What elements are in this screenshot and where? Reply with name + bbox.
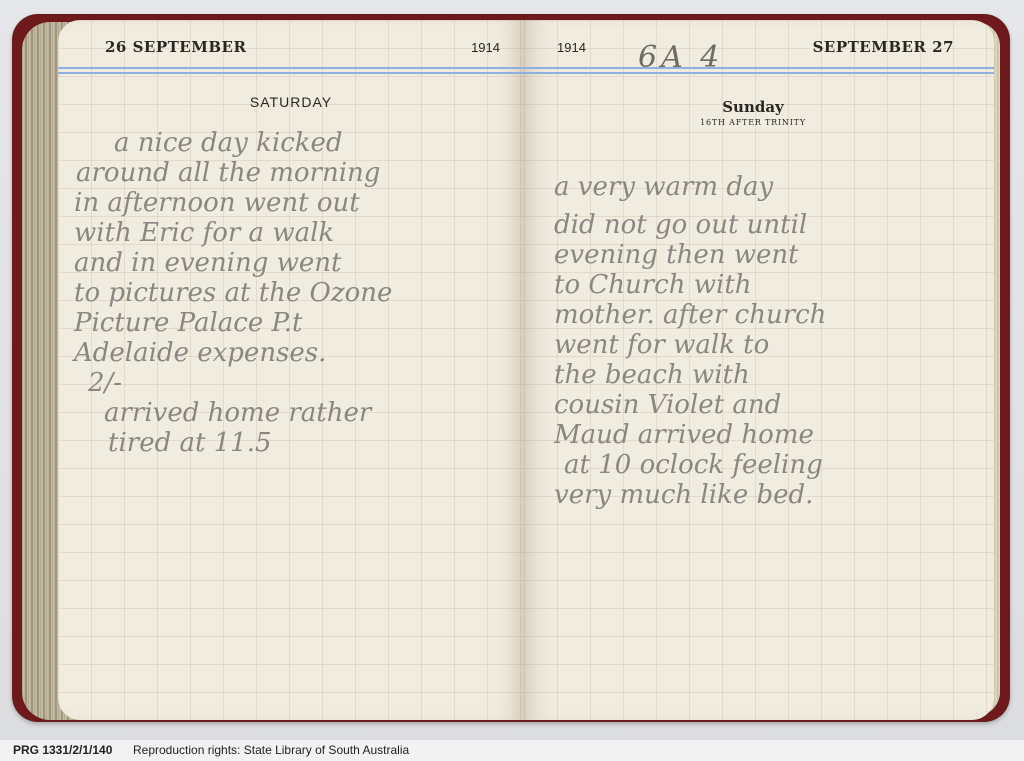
entry-line: at 10 oclock feeling (554, 450, 994, 480)
entry-line: a very warm day (554, 172, 994, 210)
entry-line: evening then went (554, 240, 994, 270)
entry-line: 2/- (74, 368, 524, 398)
right-date-header: SEPTEMBER 27 (813, 38, 954, 56)
entry-line: Picture Palace P.t (74, 308, 524, 338)
entry-line: tired at 11.5 (74, 428, 524, 458)
reproduction-rights: Reproduction rights: State Library of So… (133, 740, 409, 761)
left-day-name: SATURDAY (58, 94, 524, 110)
entry-line: cousin Violet and (554, 390, 994, 420)
entry-line: arrived home rather (74, 398, 524, 428)
right-page: 1914 6A 4 SEPTEMBER 27 Sunday 16TH AFTER… (524, 20, 994, 720)
entry-line: with Eric for a walk (74, 218, 524, 248)
catalog-reference: PRG 1331/2/1/140 (13, 740, 112, 761)
right-entry: a very warm day did not go out until eve… (554, 172, 994, 510)
blue-rule-left (58, 67, 524, 74)
blue-rule-right (524, 67, 994, 74)
entry-line: to Church with (554, 270, 994, 300)
entry-line: Adelaide expenses. (74, 338, 524, 368)
entry-line: around all the morning (74, 158, 524, 188)
left-page: 26 SEPTEMBER 1914 SATURDAY a nice day ki… (58, 20, 524, 720)
left-year: 1914 (471, 40, 500, 55)
entry-line: a nice day kicked (74, 128, 524, 158)
right-day-name: Sunday (518, 98, 988, 116)
entry-line: and in evening went (74, 248, 524, 278)
scan-area: 26 SEPTEMBER 1914 SATURDAY a nice day ki… (0, 0, 1024, 740)
left-date-header: 26 SEPTEMBER (105, 38, 246, 56)
entry-line: Maud arrived home (554, 420, 994, 450)
entry-line: did not go out until (554, 210, 994, 240)
entry-line: mother. after church (554, 300, 994, 330)
right-year: 1914 (557, 40, 586, 55)
caption-bar: PRG 1331/2/1/140 Reproduction rights: St… (0, 740, 1024, 761)
entry-line: to pictures at the Ozone (74, 278, 524, 308)
entry-line: very much like bed. (554, 480, 994, 510)
left-entry: a nice day kicked around all the morning… (74, 128, 524, 458)
right-day-subtitle: 16TH AFTER TRINITY (518, 118, 988, 127)
entry-line: in afternoon went out (74, 188, 524, 218)
entry-line: the beach with (554, 360, 994, 390)
entry-line: went for walk to (554, 330, 994, 360)
